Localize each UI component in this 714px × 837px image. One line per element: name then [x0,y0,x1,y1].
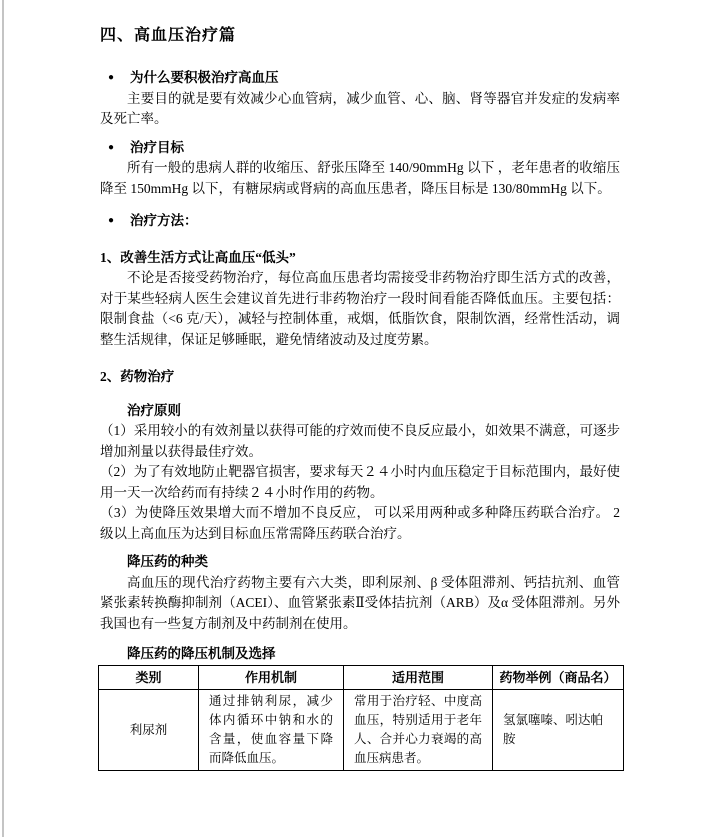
table-cell-indications: 常用于治疗轻、中度高血压，特别适用于老年人、合并心力衰竭的高血压病患者。 [344,690,493,771]
table-header-category: 类别 [99,666,199,690]
table-cell-category: 利尿剂 [99,690,199,771]
section-principles: 治疗原则 （1）采用较小的有效剂量以获得可能的疗效而使不良反应最小，如效果不满意… [100,401,620,545]
heading-lifestyle: 1、改善生活方式让高血压“低头” [100,248,620,269]
section-drug-types: 降压药的种类 高血压的现代治疗药物主要有六大类，即利尿剂、β 受体阻滞剂、钙拮抗… [100,552,620,634]
table-header-examples: 药物举例（商品名） [493,666,624,690]
drug-mechanism-table: 类别 作用机制 适用范围 药物举例（商品名） 利尿剂 通过排钠利尿，减少体内循环… [98,665,624,771]
section-drug-table: 降压药的降压机制及选择 类别 作用机制 适用范围 药物举例（商品名） [100,644,620,771]
bullet-icon: ● [100,68,130,89]
paragraph-principle-3: （3）为使降压效果增大而不增加不良反应， 可以采用两种或多种降压药联合治疗。 2… [100,503,620,544]
table-caption: 降压药的降压机制及选择 [100,644,620,663]
heading-principles: 治疗原则 [100,401,620,422]
section-heading-methods: 治疗方法： [130,211,198,232]
paragraph-drug-types: 高血压的现代治疗药物主要有六大类，即利尿剂、β 受体阻滞剂、钙拮抗剂、血管紧张素… [100,573,620,635]
section-heading-row: ● 为什么要积极治疗高血压 [100,68,620,89]
table-header-row: 类别 作用机制 适用范围 药物举例（商品名） [99,666,624,690]
section-heading-goal: 治疗目标 [130,138,184,159]
section-why-treat: ● 为什么要积极治疗高血压 主要目的就是要有效减少心血管病，减少血管、心、脑、肾… [100,68,620,130]
section-lifestyle: 1、改善生活方式让高血压“低头” 不论是否接受药物治疗，每位高血压患者均需接受非… [100,248,620,351]
bullet-icon: ● [100,138,130,159]
table-header-indications: 适用范围 [344,666,493,690]
paragraph-why: 主要目的就是要有效减少心血管病，减少血管、心、脑、肾等器官并发症的发病率及死亡率… [100,89,620,130]
table-row: 利尿剂 通过排钠利尿，减少体内循环中钠和水的含量，使血容量下降而降低血压。 常用… [99,690,624,771]
page-content: 四、高血压治疗篇 ● 为什么要积极治疗高血压 主要目的就是要有效减少心血管病，减… [100,26,620,771]
document-page: 四、高血压治疗篇 ● 为什么要积极治疗高血压 主要目的就是要有效减少心血管病，减… [0,0,714,837]
table-cell-mechanism: 通过排钠利尿，减少体内循环中钠和水的含量，使血容量下降而降低血压。 [199,690,344,771]
paragraph-goal: 所有一般的患病人群的收缩压、舒张压降至 140/90mmHg 以下 ，老年患者的… [100,158,620,199]
paragraph-principle-1: （1）采用较小的有效剂量以获得可能的疗效而使不良反应最小，如效果不满意，可逐步增… [100,421,620,462]
paragraph-lifestyle: 不论是否接受药物治疗，每位高血压患者均需接受非药物治疗即生活方式的改善，对于某些… [100,268,620,350]
paragraph-principle-2: （2）为了有效地防止靶器官损害，要求每天２４小时内血压稳定于目标范围内，最好使用… [100,462,620,503]
table-cell-examples: 氢氯噻嗪、吲达帕胺 [493,690,624,771]
section-heading-why: 为什么要积极治疗高血压 [130,68,279,89]
heading-drug-types: 降压药的种类 [100,552,620,573]
section-treatment-goal: ● 治疗目标 所有一般的患病人群的收缩压、舒张压降至 140/90mmHg 以下… [100,138,620,200]
section-treatment-methods: ● 治疗方法： [100,211,620,232]
section-heading-row: ● 治疗方法： [100,211,620,232]
document-title: 四、高血压治疗篇 [100,26,620,45]
section-heading-row: ● 治疗目标 [100,138,620,159]
bullet-icon: ● [100,211,130,232]
page-left-border [2,0,4,837]
table-header-mechanism: 作用机制 [199,666,344,690]
heading-medication: 2、药物治疗 [100,367,620,388]
